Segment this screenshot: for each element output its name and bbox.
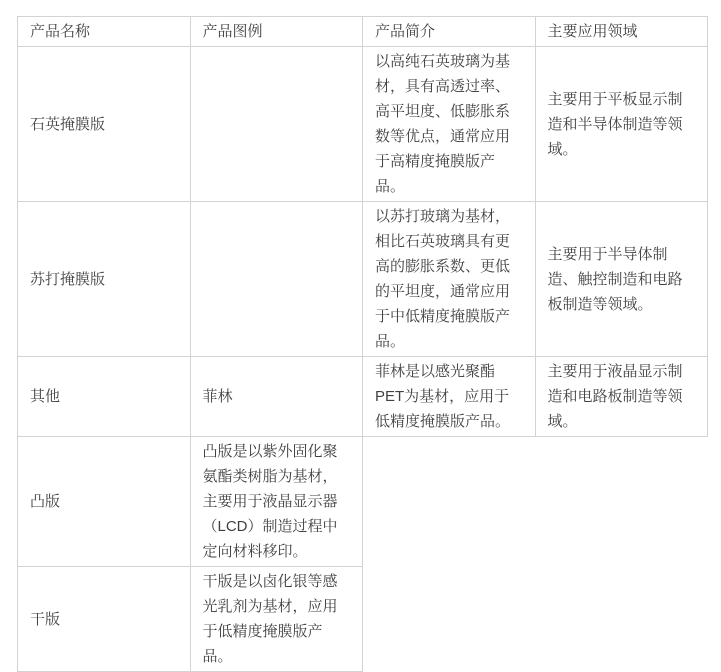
cell-main-applications: 主要用于半导体制造、触控制造和电路板制造等领域。	[535, 202, 708, 357]
table-row-soda-mask: 苏打掩膜版 以苏打玻璃为基材，相比石英玻璃具有更高的膨胀系数、更低的平坦度，通常…	[18, 202, 708, 357]
cell-product-name: 凸版	[18, 437, 191, 567]
col-header-product-intro: 产品简介	[363, 17, 536, 47]
col-header-product-name: 产品名称	[18, 17, 191, 47]
cell-product-illustration: 菲林	[190, 357, 363, 437]
product-table: 产品名称 产品图例 产品简介 主要应用领域 石英掩膜版 以高纯石英玻璃为基材，具…	[17, 16, 708, 672]
col-header-product-illustration: 产品图例	[190, 17, 363, 47]
cell-product-intro: 菲林是以感光聚酯PET为基材，应用于低精度掩膜版产品。	[363, 357, 536, 437]
cell-product-illustration	[190, 202, 363, 357]
cell-product-illustration: 干版是以卤化银等感光乳剂为基材，应用于低精度掩膜版产品。	[190, 567, 363, 672]
cell-product-name: 其他	[18, 357, 191, 437]
table-row-dry-plate: 干版 干版是以卤化银等感光乳剂为基材，应用于低精度掩膜版产品。	[18, 567, 708, 672]
table-row-quartz-mask: 石英掩膜版 以高纯石英玻璃为基材，具有高透过率、高平坦度、低膨胀系数等优点，通常…	[18, 47, 708, 202]
table-header-row: 产品名称 产品图例 产品简介 主要应用领域	[18, 17, 708, 47]
cell-main-applications: 主要用于液晶显示制造和电路板制造等领域。	[535, 357, 708, 437]
table-row-relief-plate: 凸版 凸版是以紫外固化聚氨酯类树脂为基材，主要用于液晶显示器（LCD）制造过程中…	[18, 437, 708, 567]
cell-product-name: 干版	[18, 567, 191, 672]
cell-product-name: 苏打掩膜版	[18, 202, 191, 357]
page: 产品名称 产品图例 产品简介 主要应用领域 石英掩膜版 以高纯石英玻璃为基材，具…	[0, 0, 721, 672]
col-header-main-applications: 主要应用领域	[535, 17, 708, 47]
cell-product-name: 石英掩膜版	[18, 47, 191, 202]
cell-main-applications: 主要用于平板显示制造和半导体制造等领域。	[535, 47, 708, 202]
cell-product-illustration	[190, 47, 363, 202]
table-row-other: 其他 菲林 菲林是以感光聚酯PET为基材，应用于低精度掩膜版产品。 主要用于液晶…	[18, 357, 708, 437]
cell-product-illustration: 凸版是以紫外固化聚氨酯类树脂为基材，主要用于液晶显示器（LCD）制造过程中定向材…	[190, 437, 363, 567]
cell-product-intro: 以高纯石英玻璃为基材，具有高透过率、高平坦度、低膨胀系数等优点，通常应用于高精度…	[363, 47, 536, 202]
cell-product-intro: 以苏打玻璃为基材，相比石英玻璃具有更高的膨胀系数、更低的平坦度，通常应用于中低精…	[363, 202, 536, 357]
